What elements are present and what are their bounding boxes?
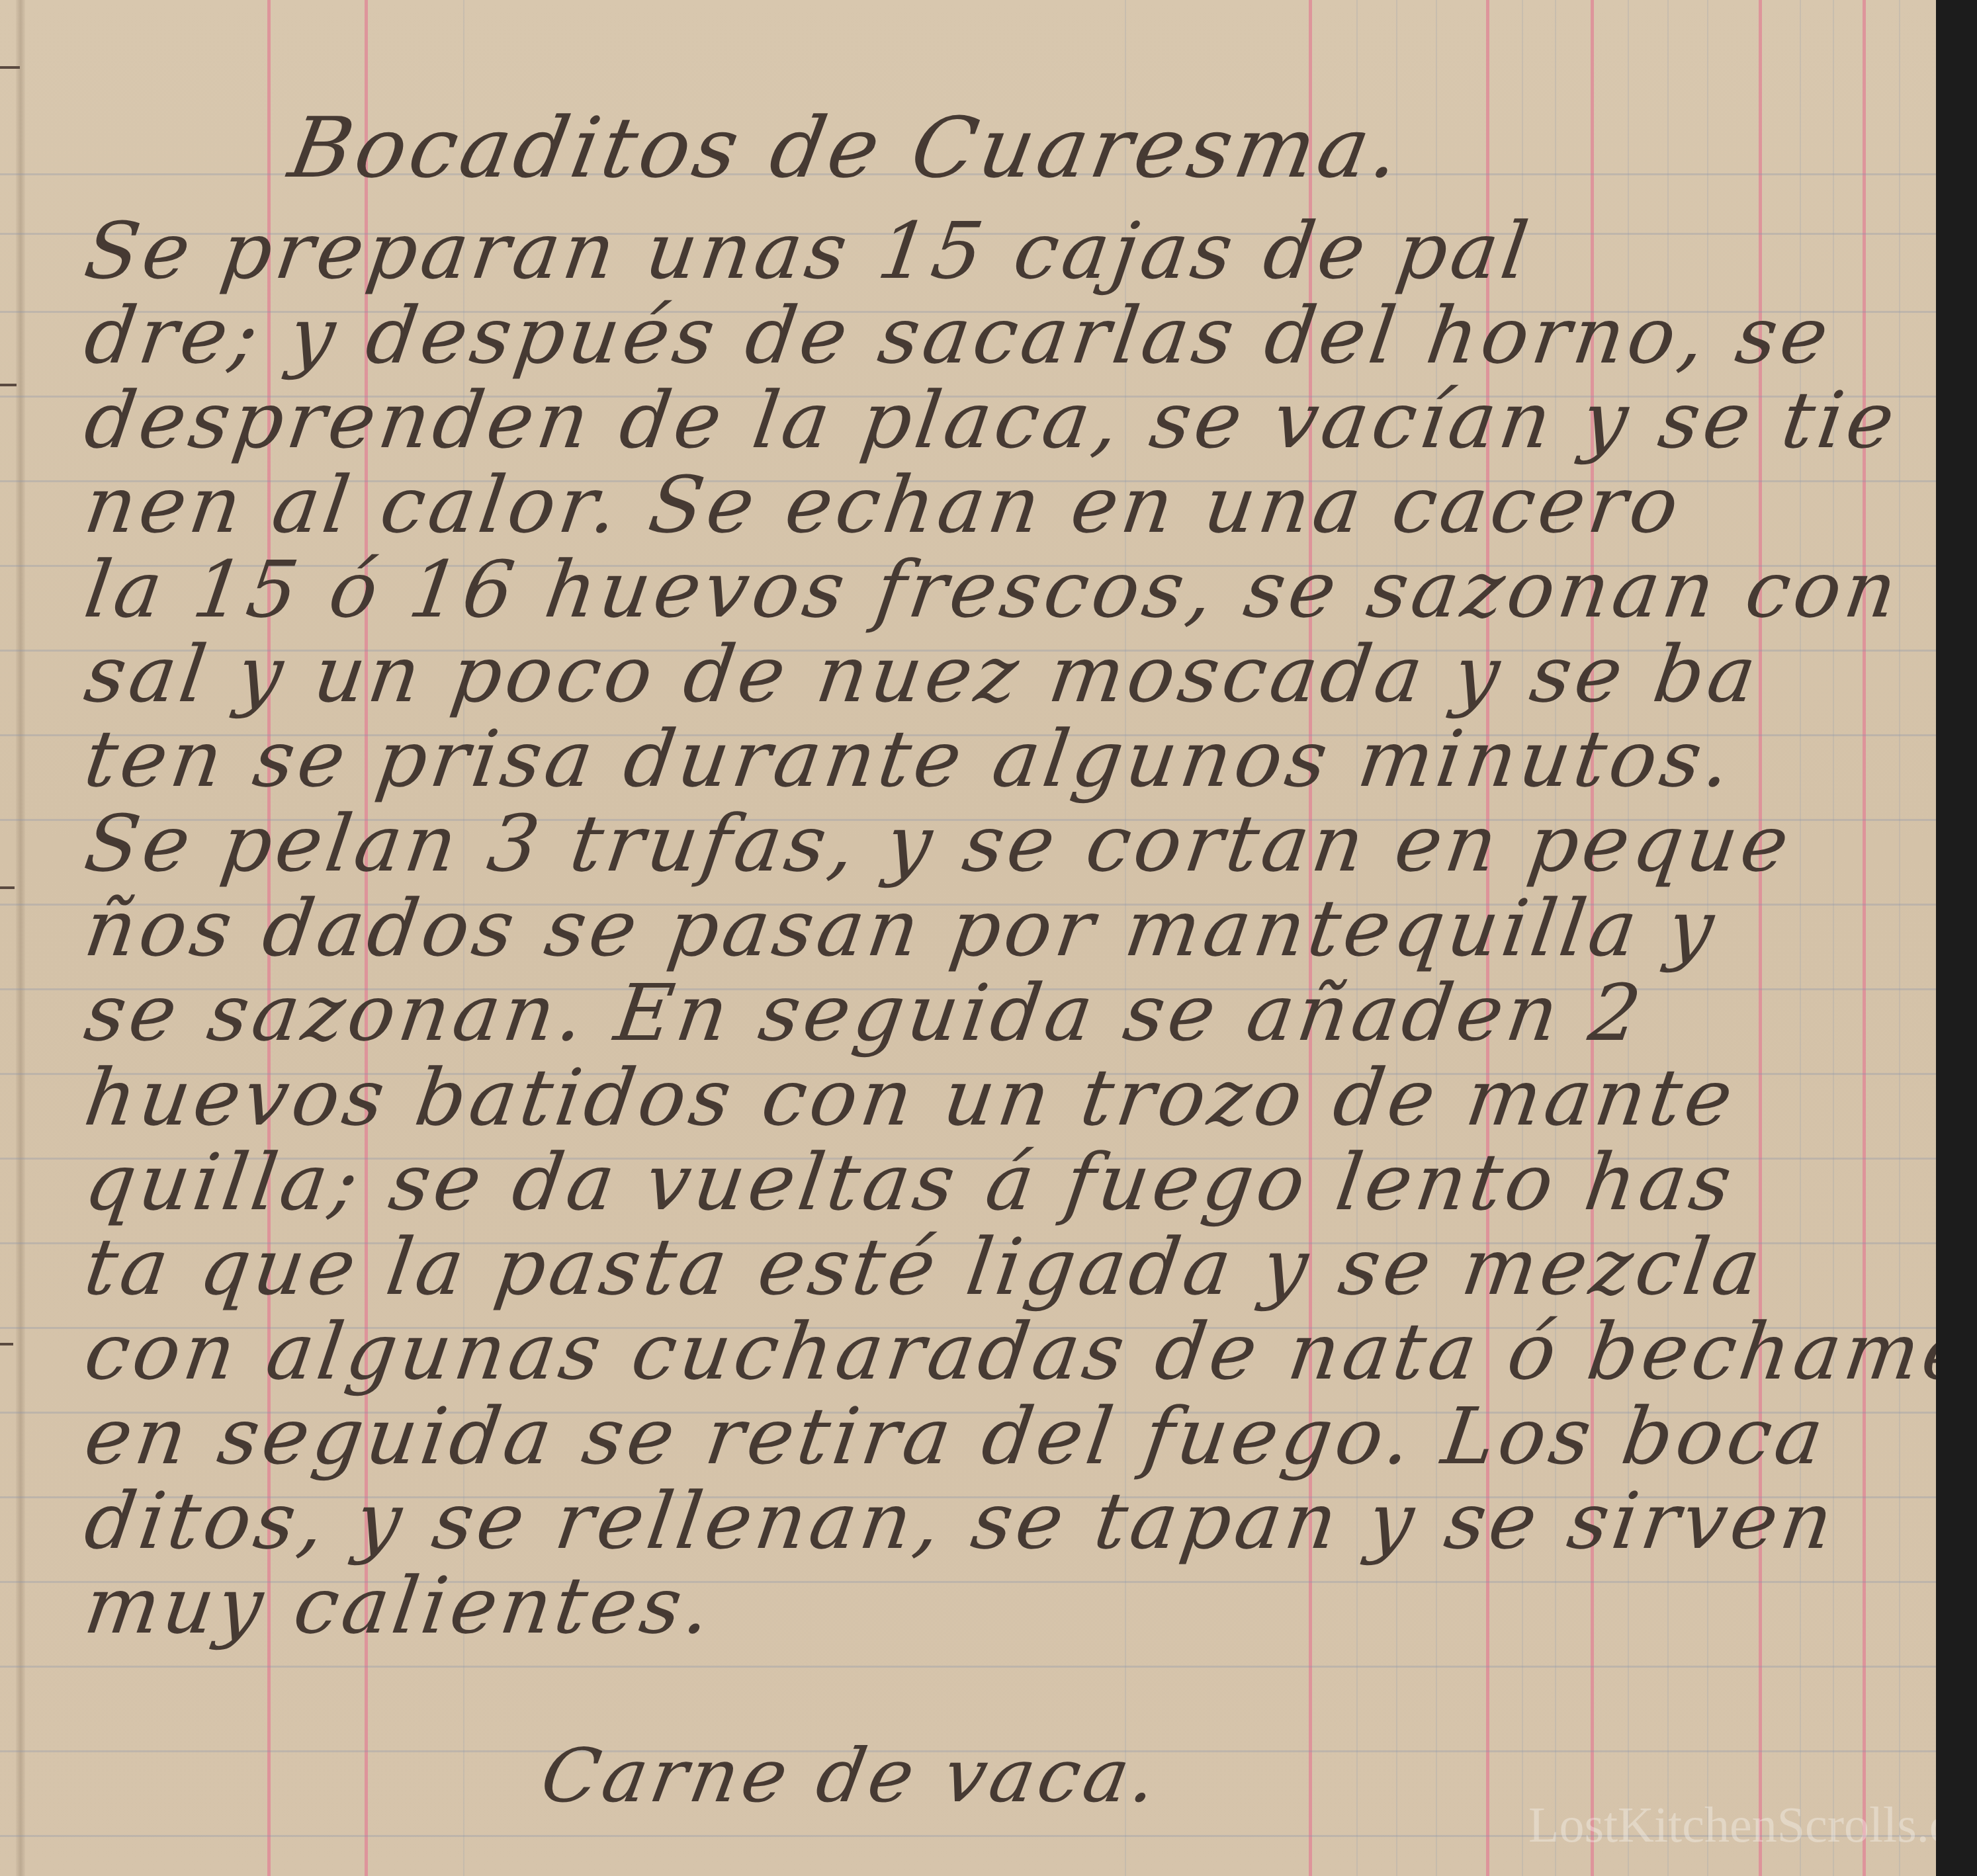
margin-ink-mark: [0, 886, 15, 889]
text-line: desprenden de la placa, se vacían y se t…: [79, 374, 1904, 466]
margin-ink-mark: [0, 66, 20, 69]
text-line: ta que la pasta esté ligada y se mezcla: [79, 1221, 1770, 1312]
text-line: quilla; se da vueltas á fuego lento has: [79, 1136, 1741, 1228]
page-fold: [16, 0, 25, 1876]
grid-line: [1833, 0, 1834, 1876]
text-line: con algunas cucharadas de nata ó bechame…: [79, 1306, 1936, 1397]
book-binding-edge: [1936, 0, 1977, 1876]
text-line: dre; y después de sacarlas del horno, se: [79, 290, 1837, 381]
grid-line: [1899, 0, 1900, 1876]
grid-line: [1800, 0, 1801, 1876]
text-line: Se preparan unas 15 cajas de pal: [79, 205, 1538, 296]
text-line: nen al calor. Se echan en una cacero: [79, 459, 1688, 550]
watermark: LostKitchenScrolls.org: [1528, 1797, 1936, 1854]
text-line: la 15 ó 16 huevos frescos, se sazonan co…: [79, 544, 1906, 635]
text-line: muy calientes.: [79, 1560, 721, 1651]
margin-rule: [1759, 0, 1762, 1876]
margin-rule: [1863, 0, 1866, 1876]
margin-ink-mark: [0, 1343, 13, 1345]
text-line: en seguida se retira del fuego. Los boca: [79, 1390, 1832, 1482]
text-line: sal y un poco de nuez moscada y se ba: [79, 628, 1765, 720]
manuscript-page: Bocaditos de Cuaresma. Se preparan unas …: [0, 0, 1936, 1876]
ruled-line: [0, 1666, 1936, 1668]
text-line: ditos, y se rellenan, se tapan y se sirv…: [79, 1475, 1842, 1566]
margin-ink-mark: [0, 384, 17, 386]
text-line: ños dados se pasan por mantequilla y: [79, 882, 1723, 974]
next-recipe-title: Carne de vaca.: [535, 1733, 1168, 1819]
text-line: ten se prisa durante algunos minutos.: [79, 713, 1740, 804]
text-line: se sazonan. En seguida se añaden 2: [79, 967, 1650, 1058]
text-line: huevos batidos con un trozo de mante: [79, 1052, 1742, 1143]
recipe-title: Bocaditos de Cuaresma.: [283, 99, 1411, 196]
text-line: Se pelan 3 trufas, y se cortan en peque: [79, 798, 1798, 889]
